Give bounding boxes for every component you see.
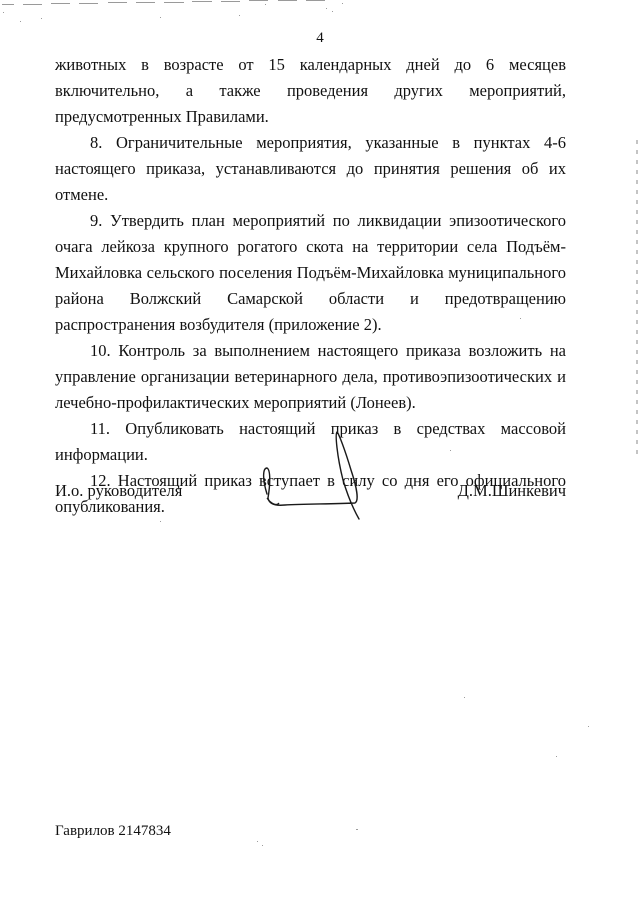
- handwritten-signature-icon: [255, 428, 370, 520]
- paragraph-item-9: 9. Утвердить план мероприятий по ликвида…: [55, 208, 566, 338]
- page-number: 4: [0, 30, 640, 47]
- paragraph-continuation: животных в возрасте от 15 календарных дн…: [55, 52, 566, 130]
- signatory-title: И.о. руководителя: [55, 478, 182, 504]
- paragraph-item-10: 10. Контроль за выполнением настоящего п…: [55, 338, 566, 416]
- scan-artifact-right-edge: [636, 140, 638, 460]
- scan-artifact-dashed-line: [0, 0, 330, 6]
- paragraph-item-8: 8. Ограничительные мероприятия, указанны…: [55, 130, 566, 208]
- executor-note: Гаврилов 2147834: [55, 821, 171, 841]
- signatory-name: Д.М.Шинкевич: [458, 478, 566, 504]
